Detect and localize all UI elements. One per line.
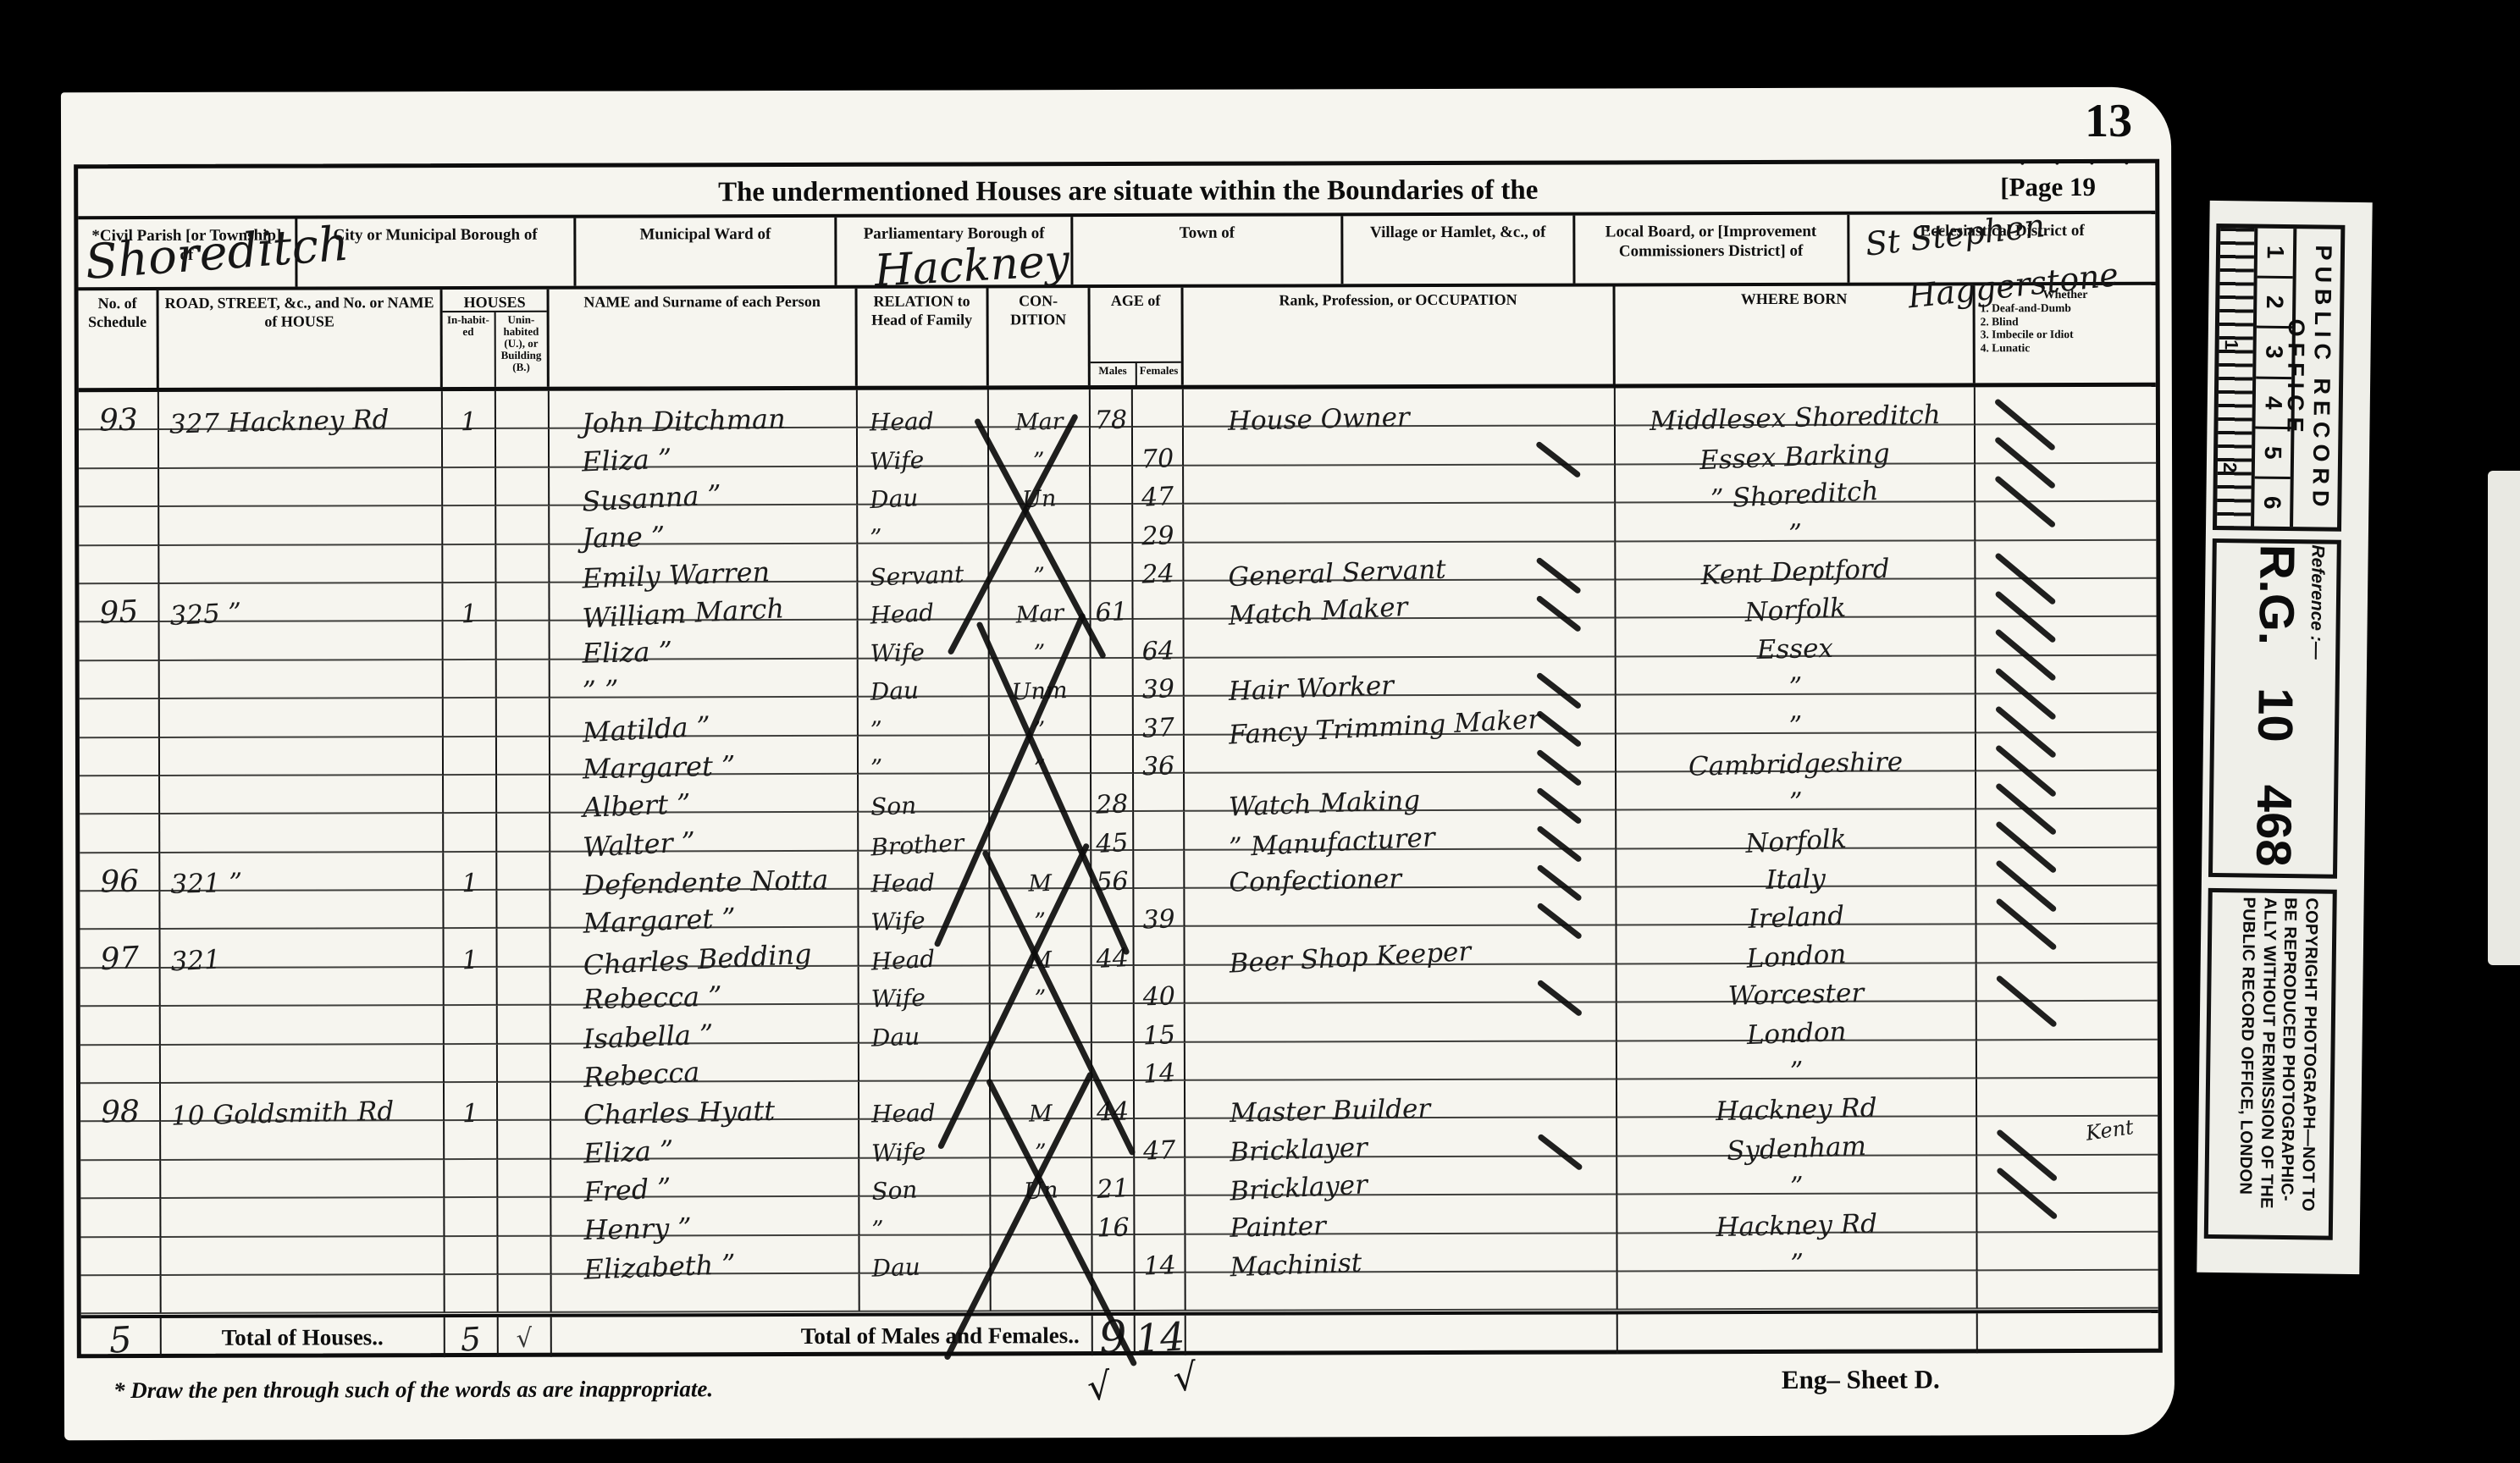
cell-inhabited	[443, 468, 496, 507]
cell-name: Charles Hyatt	[551, 1082, 859, 1121]
cell-occupation: Confectioner	[1185, 849, 1616, 889]
cell-age_f	[1135, 927, 1185, 966]
cell-condition: Mar	[989, 582, 1091, 621]
cell-relation: Servant	[858, 544, 989, 582]
cell-name: Henry ”	[551, 1197, 859, 1236]
cell-age_m	[1091, 659, 1134, 698]
cell-age_m: 78	[1091, 389, 1133, 428]
cell-age_m	[1092, 1119, 1135, 1158]
cell-uninhabited	[496, 391, 550, 430]
cell-road: 321 ”	[160, 853, 444, 892]
cell-occupation	[1184, 465, 1616, 505]
cell-uninhabited	[496, 468, 550, 507]
cell-whether	[1976, 656, 2157, 695]
cell-occupation	[1185, 734, 1616, 774]
header-field-label: Municipal Ward of	[633, 224, 777, 244]
col-age: AGE of Males Females	[1091, 288, 1184, 385]
cell-schedule: 95	[79, 584, 159, 623]
cell-age_f	[1134, 774, 1185, 813]
cell-whether	[1976, 579, 2156, 618]
cell-occupation	[1186, 1272, 1618, 1311]
census-page: 13 . . . . The undermentioned Houses are…	[61, 87, 2175, 1441]
cell-condition: ”	[989, 544, 1091, 582]
cell-age_m: 45	[1091, 812, 1134, 851]
cell-road	[160, 698, 444, 737]
cell-occupation: Hair Worker	[1185, 657, 1616, 697]
cell-age_m	[1091, 428, 1133, 467]
cell-road	[160, 621, 444, 660]
cell-condition: ”	[991, 966, 1092, 1005]
cell-occupation: Fancy Trimming Maker	[1185, 696, 1616, 736]
header-field-4: Town of	[1074, 216, 1344, 284]
totals-houses-label: Total of Houses..	[162, 1317, 445, 1358]
cell-age_m	[1091, 620, 1134, 659]
cell-whether	[1977, 963, 2158, 1002]
cell-road	[162, 1275, 445, 1314]
col-road: ROAD, STREET, &c., and No. or NAME of HO…	[159, 290, 443, 388]
cell-schedule: 93	[79, 392, 159, 431]
cell-whether	[1977, 1040, 2158, 1079]
cell-whether	[1976, 387, 2156, 426]
cell-uninhabited	[498, 929, 551, 968]
column-headers: No. of Schedule ROAD, STREET, &c., and N…	[79, 285, 2156, 392]
totals-row: 5 Total of Houses.. 5 √ Total of Males a…	[81, 1310, 2158, 1358]
cell-age_f: 37	[1134, 697, 1185, 736]
cell-age_m	[1091, 505, 1133, 544]
cell-whether	[1978, 1271, 2158, 1310]
title-band: The undermentioned Houses are situate wi…	[78, 163, 2155, 219]
cell-age_m: 16	[1092, 1196, 1135, 1235]
cell-age_f: 47	[1133, 467, 1184, 505]
cell-born: Cambridgeshire	[1616, 733, 1976, 773]
cell-born: Worcester	[1617, 963, 1977, 1003]
cell-born: ”	[1616, 694, 1976, 734]
cell-age_m	[1091, 467, 1133, 505]
cell-schedule: 97	[80, 930, 161, 969]
cell-whether	[1976, 425, 2156, 464]
cell-born: London	[1617, 1002, 1977, 1042]
cell-road	[159, 429, 443, 468]
whether-item: 2. Blind	[1981, 314, 2156, 328]
cell-age_m	[1092, 1004, 1135, 1043]
cell-born: Middlesex Shoreditch	[1616, 387, 1976, 427]
cell-uninhabited	[498, 1121, 551, 1160]
cell-schedule: 96	[80, 853, 160, 892]
cell-schedule	[80, 1046, 161, 1085]
cell-inhabited	[444, 891, 497, 930]
col-females: Females	[1136, 363, 1181, 385]
col-houses: HOUSES In-habit-ed Unin-habited (U.), or…	[443, 290, 550, 387]
cell-condition: ”	[991, 1120, 1092, 1159]
cell-occupation: House Owner	[1184, 388, 1616, 428]
cell-age_m	[1091, 697, 1134, 736]
cell-relation: ”	[859, 698, 990, 737]
cell-condition	[991, 1196, 1092, 1235]
cell-age_f	[1134, 850, 1185, 889]
cell-relation: Dau	[858, 467, 989, 505]
cell-born: Hackney Rd	[1617, 1195, 1977, 1234]
cell-schedule	[80, 814, 160, 853]
cell-road	[160, 660, 444, 699]
cell-whether	[1976, 502, 2156, 541]
totals-spacer-born	[1618, 1313, 1978, 1354]
cell-age_f: 39	[1134, 659, 1185, 698]
cell-age_f	[1135, 1158, 1185, 1197]
col-name: NAME and Surname of each Person	[550, 289, 858, 387]
cell-condition: Un	[989, 467, 1091, 505]
pro-reference-strip: 12 123456 PUBLIC RECORD OFFICE Reference…	[2197, 201, 2372, 1274]
col-condition: CON-DITION	[989, 288, 1091, 385]
cell-name: William March	[550, 582, 858, 621]
cell-occupation: Painter	[1185, 1195, 1617, 1235]
cell-condition: Unm	[990, 659, 1091, 698]
cell-road	[159, 506, 443, 545]
cell-schedule	[80, 1007, 161, 1046]
cell-whether	[1977, 1079, 2158, 1118]
cell-occupation: Watch Making	[1185, 772, 1616, 812]
cell-name: Eliza ”	[550, 621, 859, 660]
cell-road	[161, 1045, 445, 1084]
cell-schedule	[80, 699, 160, 738]
cell-condition	[992, 1273, 1093, 1312]
cell-uninhabited	[497, 852, 550, 891]
header-field-label: Local Board, or [Improvement Commissione…	[1575, 222, 1847, 262]
cell-age_f: 39	[1134, 889, 1185, 928]
cell-road: 10 Goldsmith Rd	[161, 1083, 445, 1122]
cell-uninhabited	[497, 660, 550, 698]
cell-inhabited	[445, 1121, 498, 1160]
cell-occupation: Master Builder	[1185, 1079, 1617, 1119]
cell-relation: Son	[859, 774, 990, 813]
cell-name: Defendente Notta	[550, 851, 859, 890]
cell-age_m: 21	[1092, 1158, 1135, 1197]
cell-age_f: 14	[1135, 1042, 1185, 1081]
cell-born: ”	[1617, 1156, 1977, 1195]
cell-whether	[1977, 1002, 2158, 1041]
cell-occupation	[1185, 888, 1616, 928]
whether-item: 4. Lunatic	[1981, 340, 2156, 354]
cell-uninhabited	[498, 1083, 551, 1122]
cell-road	[160, 814, 444, 853]
cell-age_m	[1092, 1043, 1135, 1082]
cell-age_f: 40	[1135, 966, 1185, 1005]
cell-occupation: Bricklayer	[1185, 1118, 1617, 1158]
ruler-ticks: 12	[2217, 228, 2257, 527]
cell-condition: Un	[991, 1158, 1092, 1197]
cell-inhabited	[445, 1275, 499, 1314]
cell-born: Norfolk	[1616, 810, 1976, 850]
cell-schedule	[80, 1199, 161, 1238]
cell-relation: ”	[859, 736, 990, 775]
whether-item: 3. Imbecile or Idiot	[1981, 328, 2156, 341]
col-occupation: Rank, Profession, or OCCUPATION	[1184, 286, 1616, 384]
cell-condition: M	[991, 1081, 1092, 1120]
cell-whether	[1976, 771, 2157, 810]
cell-condition	[991, 1004, 1092, 1043]
cell-born: Essex	[1616, 618, 1976, 658]
sheet-label: Eng– Sheet D.	[1782, 1364, 1940, 1394]
cell-condition	[989, 505, 1091, 544]
cell-uninhabited	[498, 968, 551, 1007]
cell-inhabited: 1	[443, 583, 496, 622]
cell-road: 325 ”	[159, 583, 443, 622]
cell-name: Charles Bedding	[551, 928, 859, 967]
cell-inhabited	[443, 544, 496, 583]
cell-road	[159, 545, 443, 584]
cell-age_f	[1133, 582, 1184, 621]
cell-occupation	[1185, 1003, 1617, 1043]
header-field-6: Local Board, or [Improvement Commissione…	[1575, 215, 1849, 284]
census-form: The undermentioned Houses are situate wi…	[74, 159, 2163, 1358]
cell-age_m	[1092, 1235, 1135, 1274]
cell-age_m: 56	[1091, 851, 1134, 890]
cell-uninhabited	[497, 737, 550, 776]
copyright-line: ALLY WITHOUT PERMISSION OF THE	[2255, 897, 2280, 1233]
cell-whether	[1977, 1194, 2158, 1233]
cell-inhabited	[445, 1198, 498, 1237]
cell-condition: M	[990, 851, 1091, 890]
cell-born: Ireland	[1616, 886, 1976, 926]
cell-name: Walter ”	[550, 813, 859, 852]
cell-relation: Brother	[859, 813, 990, 852]
cell-road	[161, 1160, 445, 1199]
reference-value: R.G. 10 468	[2245, 544, 2306, 873]
cell-inhabited	[444, 660, 497, 699]
cell-born: ”	[1616, 656, 1976, 696]
cell-name: Jane ”	[550, 505, 858, 544]
cell-uninhabited	[498, 1006, 551, 1045]
cell-age_f: 36	[1134, 735, 1185, 774]
cell-born: Italy	[1616, 848, 1976, 888]
cell-schedule	[79, 507, 159, 546]
cell-born: Norfolk	[1616, 579, 1976, 619]
cell-born	[1618, 1271, 1978, 1311]
cell-name: Emily Warren	[550, 544, 858, 582]
cell-relation: ”	[858, 505, 989, 544]
cell-inhabited	[444, 698, 497, 737]
cell-name: Matilda ”	[550, 698, 859, 737]
totals-females: 14	[1136, 1316, 1186, 1355]
cell-born: Kent Deptford	[1616, 541, 1976, 581]
cell-inhabited: 1	[444, 853, 497, 892]
cell-whether	[1976, 809, 2157, 848]
cell-whether	[1976, 464, 2156, 503]
cell-age_f	[1135, 1081, 1185, 1120]
reference-label: Reference :—	[2303, 544, 2328, 873]
cell-uninhabited	[496, 544, 550, 583]
cell-schedule	[80, 1161, 161, 1200]
cell-age_m: 28	[1091, 774, 1134, 813]
cell-name: Rebecca	[551, 1043, 859, 1082]
cell-whether	[1976, 886, 2157, 925]
totals-tally: 5	[81, 1318, 162, 1358]
cell-age_f: 24	[1133, 543, 1184, 582]
cell-name: Eliza ”	[551, 1120, 859, 1159]
cell-inhabited	[445, 1237, 498, 1276]
cell-age_f: 15	[1135, 1004, 1185, 1043]
cell-age_f	[1134, 812, 1185, 851]
pro-office-label: PUBLIC RECORD OFFICE	[2280, 230, 2336, 527]
header-field-5: Village or Hamlet, &c., of	[1343, 216, 1575, 284]
reference-rotated: Reference :— R.G. 10 468	[2245, 544, 2328, 873]
cell-age_m: 44	[1092, 1081, 1135, 1120]
cell-road	[160, 737, 444, 776]
cell-age_f: 47	[1135, 1119, 1185, 1158]
cell-inhabited	[444, 621, 497, 660]
cell-inhabited	[445, 968, 498, 1007]
cell-condition	[991, 1235, 1092, 1274]
col-relation: RELATION to Head of Family	[858, 288, 989, 385]
cell-age_f: 29	[1133, 505, 1184, 544]
totals-uninhabited-mark: √	[499, 1317, 552, 1357]
cell-name: Elizabeth ”	[551, 1235, 859, 1274]
cell-whether	[1976, 847, 2157, 886]
cell-whether	[1977, 1232, 2158, 1271]
ruler-inch-label: 1	[2220, 340, 2242, 351]
cell-condition	[990, 774, 1091, 813]
cell-name: Eliza ”	[550, 428, 858, 467]
cell-age_m	[1091, 889, 1134, 928]
cell-born: Hackney Rd	[1617, 1079, 1977, 1118]
cell-whether	[1976, 694, 2157, 733]
cell-age_m	[1091, 544, 1133, 582]
cell-schedule	[79, 430, 159, 469]
cell-road: 321	[161, 930, 445, 969]
cell-occupation: General Servant	[1184, 542, 1616, 582]
cell-relation	[859, 1043, 991, 1082]
cell-occupation: ” Manufacturer	[1185, 811, 1616, 851]
cell-relation: Son	[859, 1158, 991, 1197]
ruler-inch-label: 2	[2219, 462, 2241, 473]
cell-uninhabited	[496, 429, 550, 468]
cell-inhabited	[445, 1006, 498, 1045]
cell-road	[161, 1122, 445, 1161]
cell-relation: Head	[859, 1081, 991, 1120]
cell-occupation	[1184, 427, 1616, 467]
cell-uninhabited	[498, 1044, 551, 1083]
film-edge-sliver	[2488, 471, 2520, 965]
cell-schedule	[80, 1122, 161, 1161]
cell-relation: Head	[858, 582, 989, 621]
cell-relation: Dau	[859, 1235, 991, 1274]
cell-born: ”	[1617, 1233, 1977, 1273]
col-schedule: No. of Schedule	[79, 290, 159, 388]
header-field-2: Municipal Ward of	[576, 218, 837, 286]
header-field-label: Village or Hamlet, &c., of	[1363, 223, 1552, 243]
cell-condition: ”	[990, 889, 1091, 928]
cell-occupation	[1184, 504, 1616, 544]
cell-occupation: Match Maker	[1184, 580, 1616, 620]
cell-schedule	[80, 776, 160, 815]
cell-road	[161, 968, 445, 1007]
cell-uninhabited	[499, 1275, 552, 1314]
cell-condition: ”	[989, 428, 1091, 467]
cell-inhabited	[445, 1160, 498, 1199]
cell-schedule	[81, 1276, 162, 1315]
cell-inhabited	[444, 737, 497, 776]
cell-schedule	[79, 469, 159, 508]
cell-uninhabited	[498, 1236, 551, 1275]
cell-condition: Mar	[989, 389, 1091, 428]
header-field-label: Town of	[1173, 224, 1241, 243]
cell-whether	[1976, 540, 2156, 579]
cell-born: ”	[1616, 503, 1976, 543]
parliamentary-borough-value: Hackney	[873, 235, 1071, 297]
cell-road	[160, 891, 444, 930]
cell-uninhabited	[498, 1160, 551, 1199]
cell-name: Margaret ”	[550, 890, 859, 929]
cell-age_m	[1091, 735, 1134, 774]
cell-name: ” ”	[550, 660, 859, 698]
cell-occupation	[1185, 964, 1617, 1004]
cell-inhabited: 1	[443, 391, 496, 430]
cell-inhabited	[443, 506, 496, 545]
cell-schedule	[79, 546, 159, 585]
cell-inhabited: 1	[445, 929, 498, 968]
cell-age_f	[1135, 1196, 1185, 1235]
cell-uninhabited	[498, 1198, 551, 1237]
cell-relation: Wife	[859, 621, 990, 660]
cell-inhabited	[444, 814, 497, 853]
cell-schedule	[80, 969, 161, 1008]
cell-relation: Wife	[859, 889, 990, 928]
cell-inhabited	[443, 429, 496, 468]
form-title: The undermentioned Houses are situate wi…	[662, 175, 1594, 209]
cell-condition: ”	[990, 697, 1091, 736]
cell-relation: Head	[859, 851, 990, 890]
cell-schedule	[80, 892, 160, 930]
cell-uninhabited	[497, 814, 550, 853]
cell-road: 327 Hackney Rd	[159, 391, 443, 430]
cell-condition: ”	[990, 620, 1091, 659]
cell-uninhabited	[497, 698, 550, 737]
copyright-line: COPYRIGHT PHOTOGRAPH—NOT TO	[2296, 897, 2321, 1233]
cell-age_f: 70	[1133, 428, 1184, 467]
cell-inhabited	[445, 1045, 498, 1084]
cell-road	[161, 1237, 445, 1276]
header-field-label: City or Municipal Borough of	[327, 225, 544, 246]
totals-houses-value: 5	[445, 1317, 499, 1357]
cell-schedule	[80, 661, 160, 700]
cell-uninhabited	[496, 506, 550, 545]
cell-occupation: Beer Shop Keeper	[1185, 926, 1617, 966]
cell-name: Fred ”	[551, 1159, 859, 1198]
page-label: [Page 19	[2000, 172, 2096, 202]
cell-name: Susanna ”	[550, 467, 858, 506]
cell-age_f	[1136, 1273, 1186, 1312]
totals-mf-label: Total of Males and Females..	[552, 1316, 1093, 1357]
cell-relation: Head	[858, 389, 989, 428]
cell-whether	[1976, 732, 2157, 771]
cell-age_m	[1092, 966, 1135, 1005]
cell-uninhabited	[497, 621, 550, 660]
cell-occupation	[1185, 619, 1616, 659]
cell-name: Albert ”	[550, 775, 859, 814]
cell-whether	[1977, 1156, 2158, 1195]
cell-inhabited	[444, 776, 497, 814]
cell-age_m: 44	[1092, 927, 1135, 966]
cell-relation: Wife	[859, 966, 991, 1005]
cell-road	[160, 776, 444, 814]
cell-condition: M	[991, 928, 1092, 967]
cell-whether	[1976, 617, 2157, 656]
col-inhabited: In-habit-ed	[443, 312, 496, 387]
cell-inhabited: 1	[445, 1083, 498, 1122]
cell-name	[552, 1274, 860, 1313]
cell-born: ”	[1617, 1041, 1977, 1080]
copyright-text: COPYRIGHT PHOTOGRAPH—NOT TOBE REPRODUCED…	[2235, 897, 2322, 1233]
col-uninhabited: Unin-habited (U.), or Building (B.)	[495, 312, 547, 387]
